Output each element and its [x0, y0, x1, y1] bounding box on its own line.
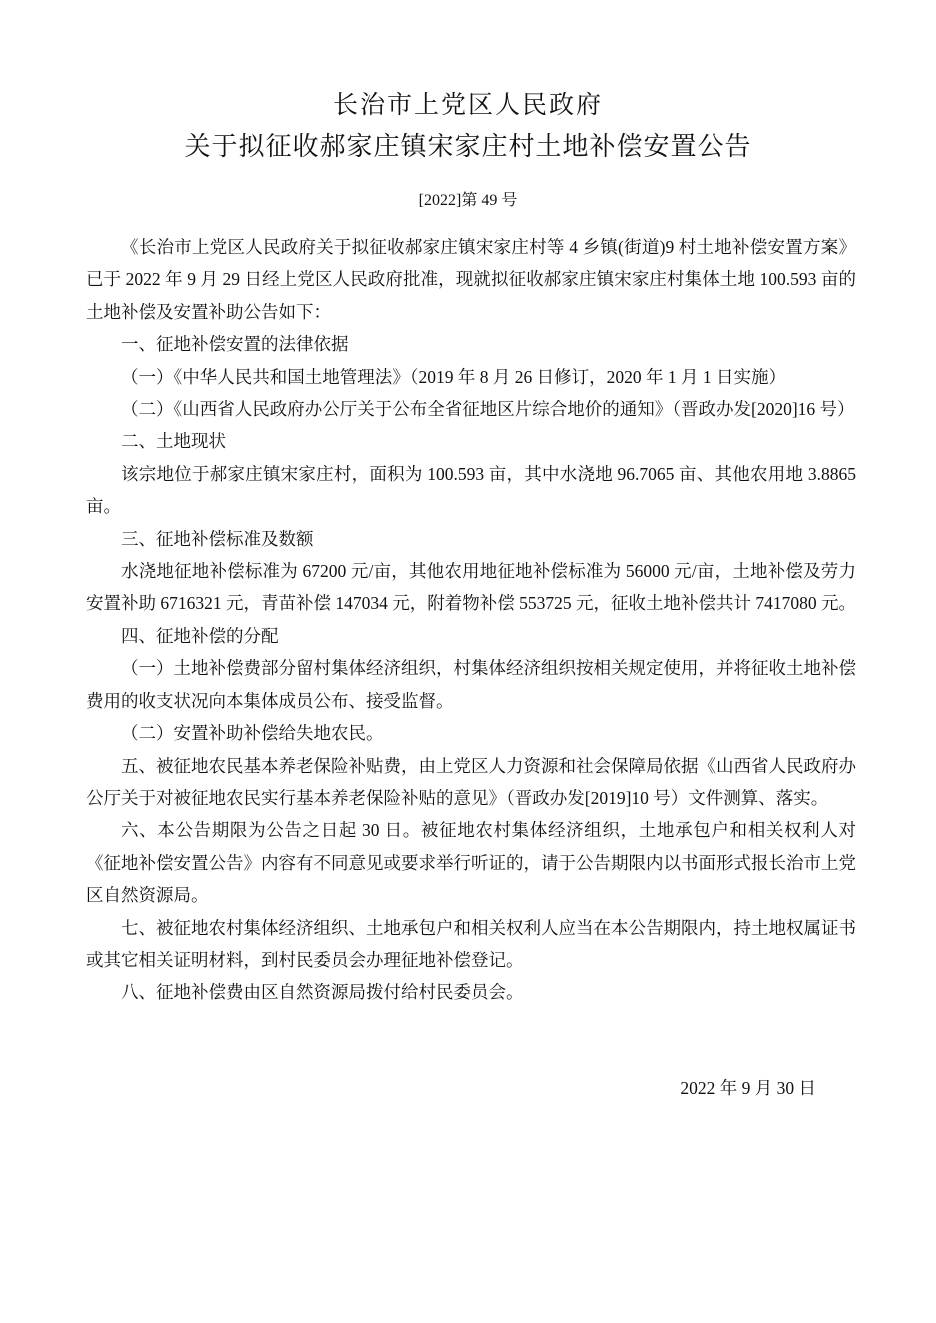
paragraph-section-8: 八、征地补偿费由区自然资源局拨付给村民委员会。: [86, 976, 856, 1008]
paragraph-section-1-item-1: （一）《中华人民共和国土地管理法》（2019 年 8 月 26 日修订，2020…: [86, 361, 856, 393]
paragraph-section-2-body: 该宗地位于郝家庄镇宋家庄村，面积为 100.593 亩，其中水浇地 96.706…: [86, 458, 856, 523]
document-title-authority: 长治市上党区人民政府: [0, 85, 936, 121]
paragraph-section-5: 五、被征地农民基本养老保险补贴费，由上党区人力资源和社会保障局依据《山西省人民政…: [86, 750, 856, 815]
paragraph-section-4-item-1: （一）土地补偿费部分留村集体经济组织，村集体经济组织按相关规定使用，并将征收土地…: [86, 652, 856, 717]
document-page: 长治市上党区人民政府 关于拟征收郝家庄镇宋家庄村土地补偿安置公告 [2022]第…: [0, 0, 936, 1323]
paragraph-section-7: 七、被征地农村集体经济组织、土地承包户和相关权利人应当在本公告期限内，持土地权属…: [86, 912, 856, 977]
paragraph-intro: 《长治市上党区人民政府关于拟征收郝家庄镇宋家庄村等 4 乡镇(街道)9 村土地补…: [86, 231, 856, 328]
paragraph-section-3: 三、征地补偿标准及数额: [86, 523, 856, 555]
document-body: 《长治市上党区人民政府关于拟征收郝家庄镇宋家庄村等 4 乡镇(街道)9 村土地补…: [86, 231, 856, 1009]
document-number: [2022]第 49 号: [0, 187, 936, 210]
paragraph-section-4: 四、征地补偿的分配: [86, 620, 856, 652]
document-title-subject: 关于拟征收郝家庄镇宋家庄村土地补偿安置公告: [0, 126, 936, 163]
paragraph-section-6: 六、本公告期限为公告之日起 30 日。被征地农村集体经济组织，土地承包户和相关权…: [86, 814, 856, 911]
paragraph-section-3-body: 水浇地征地补偿标准为 67200 元/亩，其他农用地征地补偿标准为 56000 …: [86, 555, 856, 620]
signature-date: 2022 年 9 月 30 日: [680, 1072, 816, 1104]
paragraph-section-4-item-2: （二）安置补助补偿给失地农民。: [86, 717, 856, 749]
paragraph-section-2: 二、土地现状: [86, 425, 856, 457]
paragraph-section-1: 一、征地补偿安置的法律依据: [86, 328, 856, 360]
paragraph-section-1-item-2: （二）《山西省人民政府办公厅关于公布全省征地区片综合地价的通知》（晋政办发[20…: [86, 393, 856, 425]
signature-date-row: 2022 年 9 月 30 日: [86, 1072, 856, 1104]
